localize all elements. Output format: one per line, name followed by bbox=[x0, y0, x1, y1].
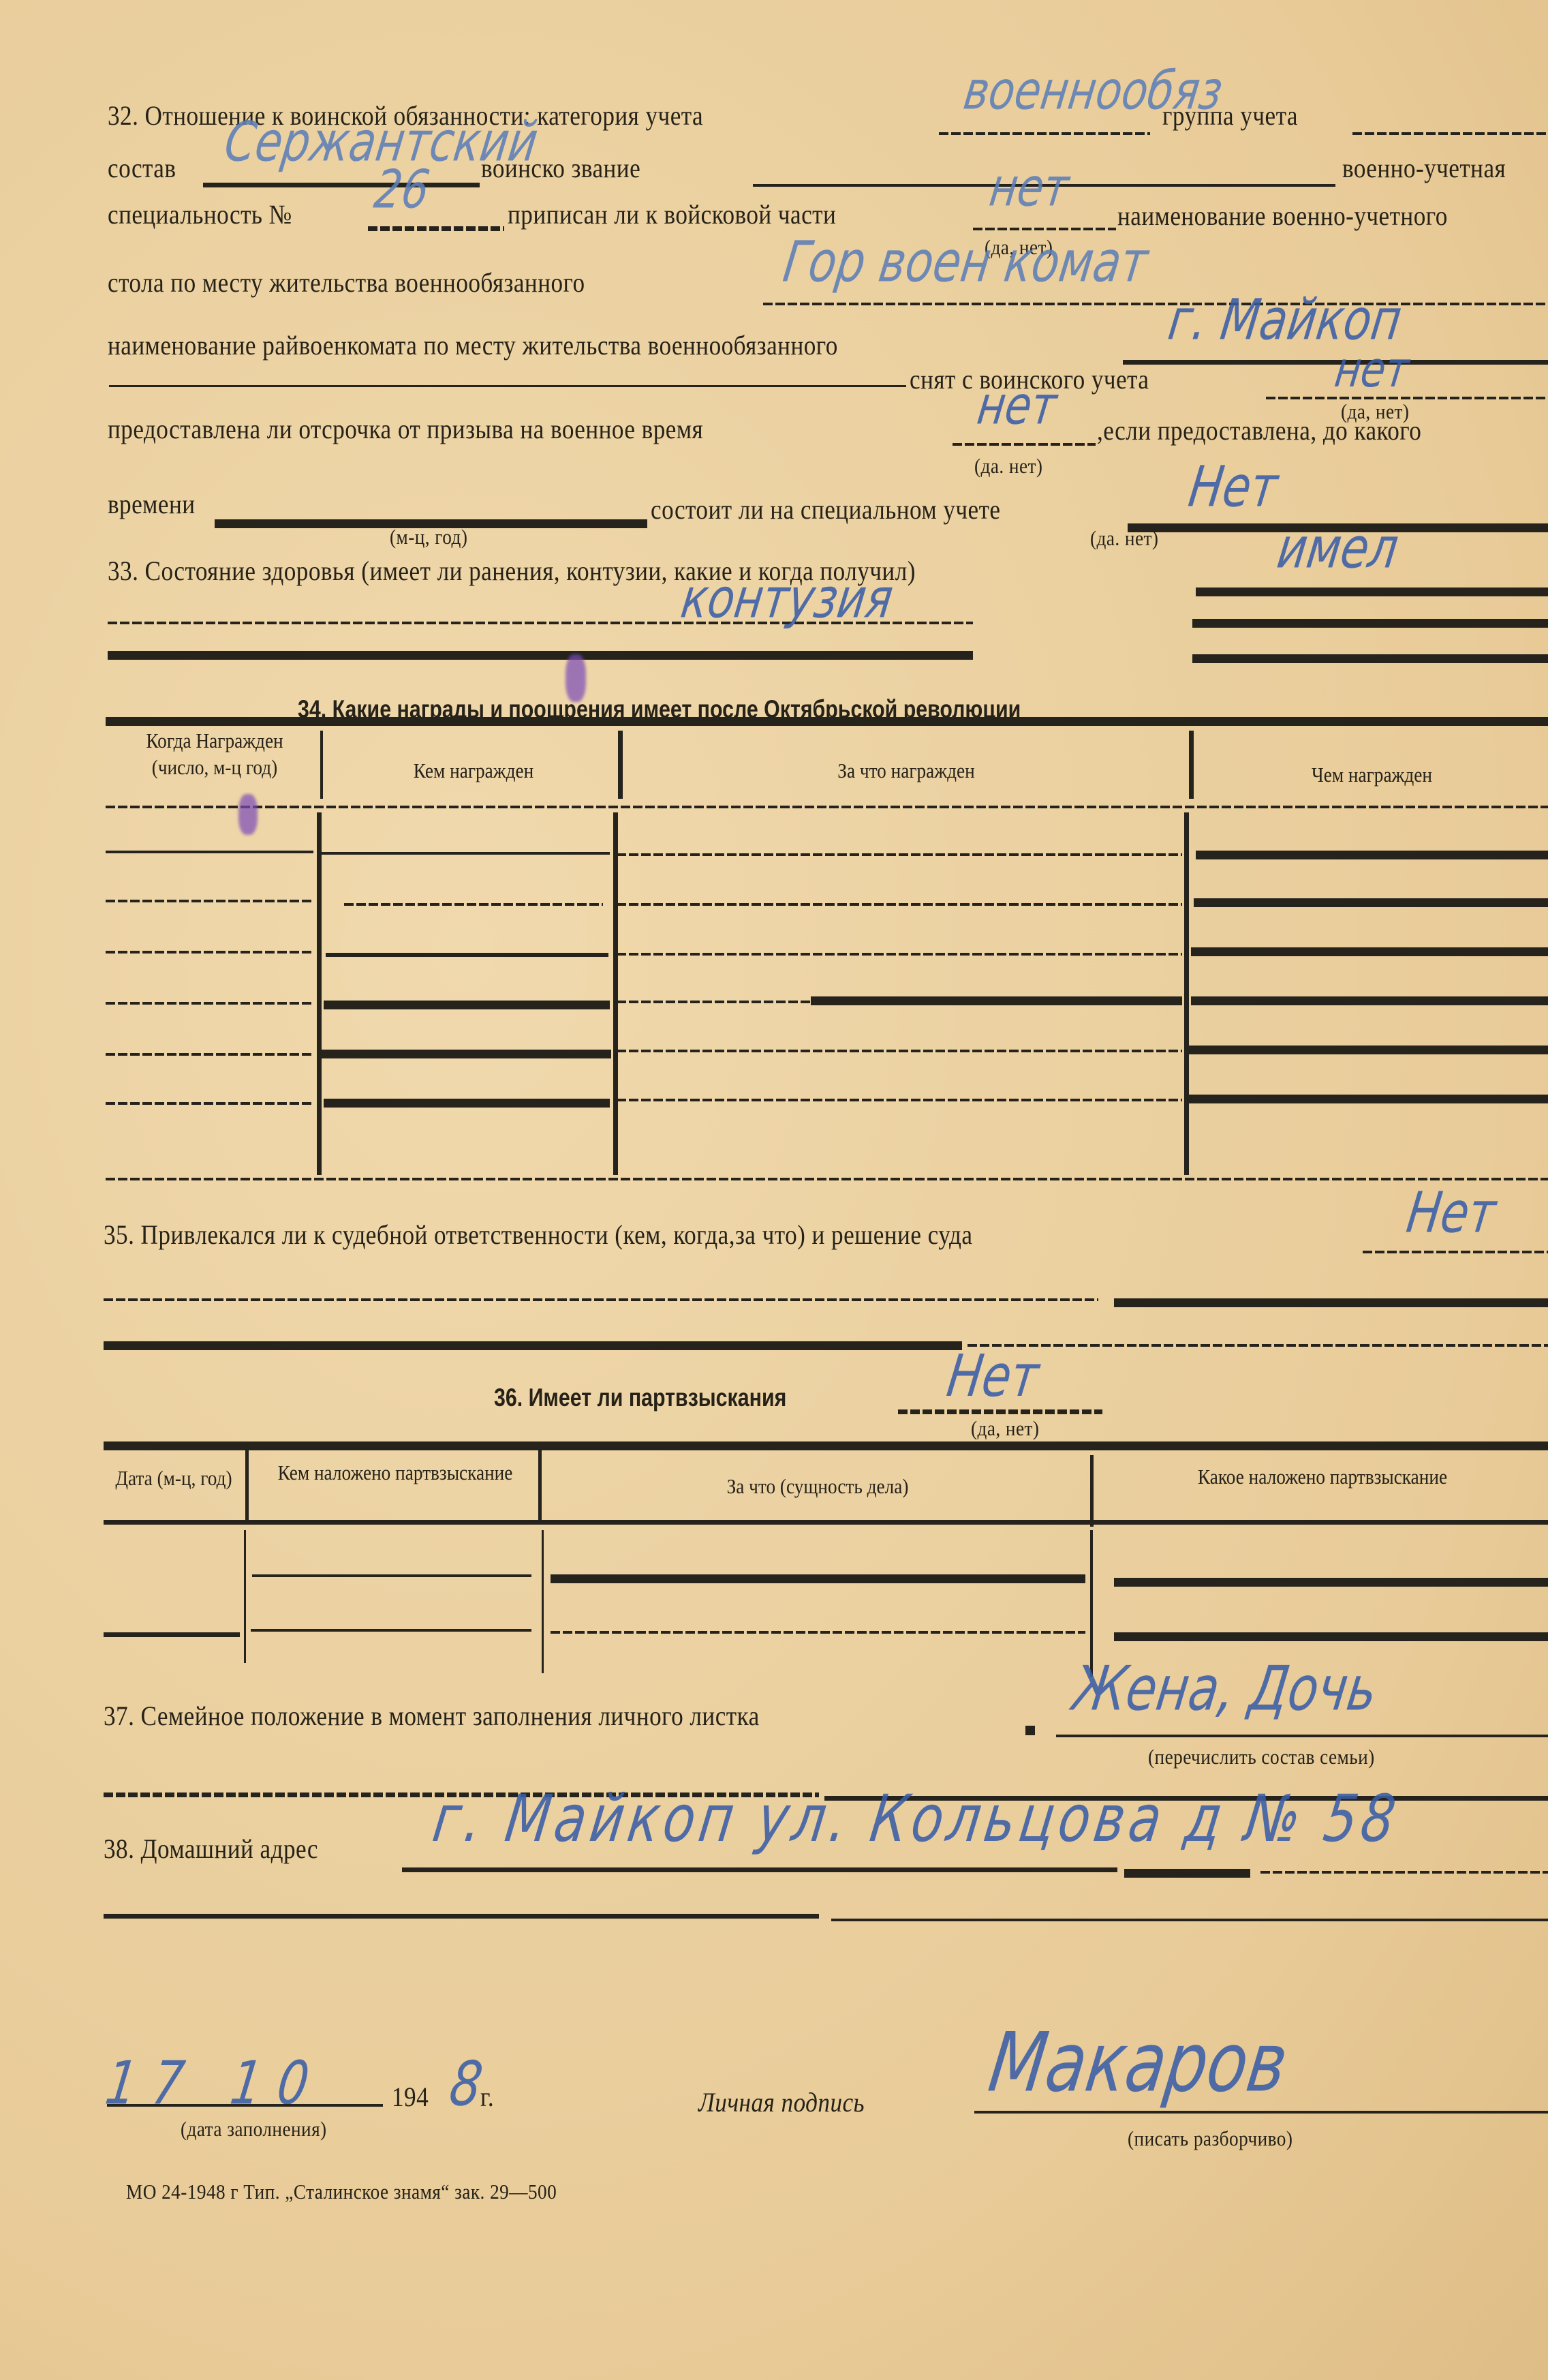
party-penalty-value[interactable]: Нет bbox=[944, 1348, 1042, 1406]
health-underline-1 bbox=[1196, 588, 1548, 596]
penalty-col-type: Какое наложено партвзыскание bbox=[1124, 1464, 1521, 1491]
family-status-value[interactable]: Жена, Дочь bbox=[1070, 1658, 1381, 1719]
specialty-label: специальность № bbox=[108, 201, 292, 228]
awards-body-divider-3 bbox=[1184, 812, 1189, 1175]
awards-cell-line bbox=[106, 1002, 313, 1005]
desk-name-label: наименование военно-учетного bbox=[1117, 202, 1448, 230]
printer-imprint: МО 24-1948 г Тип. „Сталинское знамя“ зак… bbox=[126, 2181, 557, 2202]
category-underline bbox=[939, 132, 1150, 135]
awards-divider-3 bbox=[1189, 731, 1194, 799]
penalty-cell-line bbox=[252, 1574, 531, 1577]
rank-label: воинско звание bbox=[481, 155, 640, 182]
family-status-hint: (перечислить состав семьи) bbox=[1148, 1746, 1375, 1767]
desk-residence-label: стола по месту жительства военнообязанно… bbox=[108, 269, 585, 296]
penalty-cell-line bbox=[551, 1574, 1085, 1583]
awards-cell-line bbox=[106, 1102, 313, 1105]
penalty-cell-line bbox=[104, 1632, 240, 1637]
home-address-label: 38. Домашний адрес bbox=[104, 1835, 318, 1863]
special-registry-label: состоит ли на специальном учете bbox=[651, 496, 1000, 523]
penalty-divider-2 bbox=[538, 1450, 542, 1522]
specialty-value[interactable]: 26 bbox=[371, 164, 433, 217]
home-address-underline-2b bbox=[831, 1919, 1548, 1921]
health-value-1[interactable]: имел bbox=[1274, 521, 1402, 577]
unit-attached-label: приписан ли к войсковой части bbox=[508, 201, 836, 228]
awards-cell-line bbox=[106, 1053, 313, 1056]
awards-divider-1 bbox=[320, 731, 323, 799]
awards-cell-line bbox=[811, 996, 1182, 1005]
deferment-label: предоставлена ли отсрочка от призыва на … bbox=[108, 416, 703, 443]
awards-cell-line bbox=[324, 1001, 610, 1009]
signature-hint: (писать разборчиво) bbox=[1128, 2128, 1292, 2149]
deferment-underline bbox=[953, 443, 1096, 446]
court-underline-3 bbox=[104, 1341, 962, 1350]
awards-cell-line bbox=[322, 1050, 611, 1058]
awards-col-when: Когда Награжден (число, м-ц год) bbox=[119, 728, 311, 781]
group-label: группа учета bbox=[1162, 102, 1298, 129]
time-hint: (м-ц, год) bbox=[390, 526, 467, 547]
awards-cell-line bbox=[326, 953, 608, 957]
home-address-value[interactable]: г. Майкоп ул. Кольцова д № 58 bbox=[429, 1786, 1403, 1851]
penalty-cell-line bbox=[251, 1629, 531, 1632]
awards-cell-line bbox=[1194, 898, 1548, 907]
special-registry-hint: (да. нет) bbox=[1090, 528, 1158, 549]
family-status-underline bbox=[1056, 1735, 1548, 1737]
health-underline-2b bbox=[1192, 619, 1548, 628]
awards-cell-line bbox=[617, 1099, 1182, 1101]
blank-line-1 bbox=[109, 382, 906, 387]
removed-value[interactable]: нет bbox=[1332, 345, 1412, 395]
party-penalty-hint: (да, нет) bbox=[971, 1418, 1039, 1439]
fill-date-underline bbox=[107, 2104, 383, 2107]
awards-cell-line bbox=[617, 953, 1182, 956]
family-status-label: 37. Семейное положение в момент заполнен… bbox=[104, 1703, 760, 1730]
signature-label: Личная подпись bbox=[698, 2089, 865, 2116]
mos-label: военно-учетная bbox=[1342, 155, 1506, 182]
court-underline-3b bbox=[967, 1344, 1548, 1347]
desk-underline bbox=[763, 303, 1548, 305]
year-prefix: 194 bbox=[392, 2084, 429, 2111]
penalty-divider-1 bbox=[245, 1450, 249, 1522]
awards-cell-line bbox=[344, 903, 603, 906]
awards-cell-line bbox=[1191, 947, 1548, 956]
home-address-underline-c bbox=[1260, 1871, 1548, 1874]
penalty-col-date: Дата (м-ц, год) bbox=[111, 1465, 237, 1492]
penalty-table-top-border bbox=[104, 1441, 1548, 1450]
awards-cell-line bbox=[106, 851, 313, 853]
awards-cell-line bbox=[617, 1001, 811, 1003]
health-underline-3b bbox=[1192, 654, 1548, 663]
awards-cell-line bbox=[617, 903, 1182, 906]
awards-header-bottom bbox=[106, 806, 1548, 808]
awards-cell-line bbox=[320, 852, 610, 855]
penalty-cell-line bbox=[1114, 1578, 1548, 1587]
fill-date-hint: (дата заполнения) bbox=[181, 2118, 327, 2139]
penalty-col-by-whom: Кем наложено партвзыскание bbox=[269, 1460, 521, 1486]
year-suffix: г. bbox=[480, 2084, 494, 2111]
court-value[interactable]: Нет bbox=[1404, 1185, 1499, 1242]
awards-col-for-what: За что награжден bbox=[657, 758, 1155, 784]
home-address-underline-b bbox=[1124, 1869, 1250, 1878]
awards-cell-line bbox=[1191, 996, 1548, 1005]
awards-cell-line bbox=[324, 1099, 610, 1108]
penalty-body-divider-2 bbox=[542, 1530, 544, 1673]
awards-col-award: Чем награжден bbox=[1217, 762, 1527, 789]
penalty-col-reason: За что (сущность дела) bbox=[578, 1474, 1057, 1500]
ink-stamp-mark bbox=[566, 654, 586, 702]
awards-cell-line bbox=[1189, 1046, 1548, 1054]
signature-value[interactable]: Макаров bbox=[985, 2022, 1292, 2103]
unit-attached-value[interactable]: нет bbox=[987, 162, 1072, 215]
deferment-hint: (да. нет) bbox=[974, 455, 1042, 476]
health-underline-3 bbox=[108, 651, 973, 660]
composition-label: состав bbox=[108, 155, 176, 182]
awards-divider-2 bbox=[618, 731, 623, 799]
awards-cell-line bbox=[1189, 1095, 1548, 1103]
composition-underline bbox=[203, 183, 480, 187]
court-underline-2b bbox=[1114, 1298, 1548, 1307]
awards-body-divider-1 bbox=[317, 812, 322, 1175]
awards-cell-line bbox=[106, 951, 313, 953]
deferment-value[interactable]: нет bbox=[974, 380, 1060, 433]
desk-value[interactable]: Гор воен комат bbox=[780, 234, 1151, 291]
district-underline bbox=[1123, 360, 1548, 365]
specialty-underline bbox=[368, 226, 504, 231]
awards-cell-line bbox=[1196, 851, 1548, 859]
home-address-underline-2 bbox=[104, 1914, 819, 1919]
group-field[interactable] bbox=[1352, 132, 1548, 135]
penalty-header-bottom bbox=[104, 1520, 1548, 1525]
time-label: времени bbox=[108, 491, 196, 518]
field-marker bbox=[1025, 1726, 1035, 1735]
awards-table-bottom bbox=[106, 1178, 1548, 1180]
awards-cell-line bbox=[106, 900, 313, 902]
home-address-underline bbox=[402, 1867, 1117, 1872]
signature-underline bbox=[974, 2111, 1548, 2114]
district-office-label: наименование райвоенкомата по месту жите… bbox=[108, 332, 838, 359]
penalty-divider-3 bbox=[1090, 1455, 1094, 1527]
court-label: 35. Привлекался ли к судебной ответствен… bbox=[104, 1221, 972, 1249]
awards-table-top-border bbox=[106, 717, 1548, 726]
awards-cell-line bbox=[617, 853, 1182, 856]
ink-stamp-mark bbox=[238, 794, 258, 835]
penalty-cell-line bbox=[1114, 1632, 1548, 1641]
court-underline-1 bbox=[1363, 1251, 1548, 1253]
party-penalty-label: 36. Имеет ли партвзыскания bbox=[494, 1384, 786, 1412]
special-registry-value[interactable]: Нет bbox=[1186, 459, 1281, 516]
court-underline-2 bbox=[104, 1298, 1098, 1301]
awards-col-by-whom: Кем награжден bbox=[345, 758, 602, 784]
penalty-cell-line bbox=[551, 1631, 1085, 1634]
deferment-until-label: ,если предоставлена, до какого bbox=[1097, 417, 1421, 444]
awards-cell-line bbox=[617, 1050, 1182, 1052]
health-value-2[interactable]: контузия bbox=[678, 572, 896, 626]
penalty-body-divider-1 bbox=[244, 1530, 246, 1663]
awards-body-divider-2 bbox=[613, 812, 618, 1175]
